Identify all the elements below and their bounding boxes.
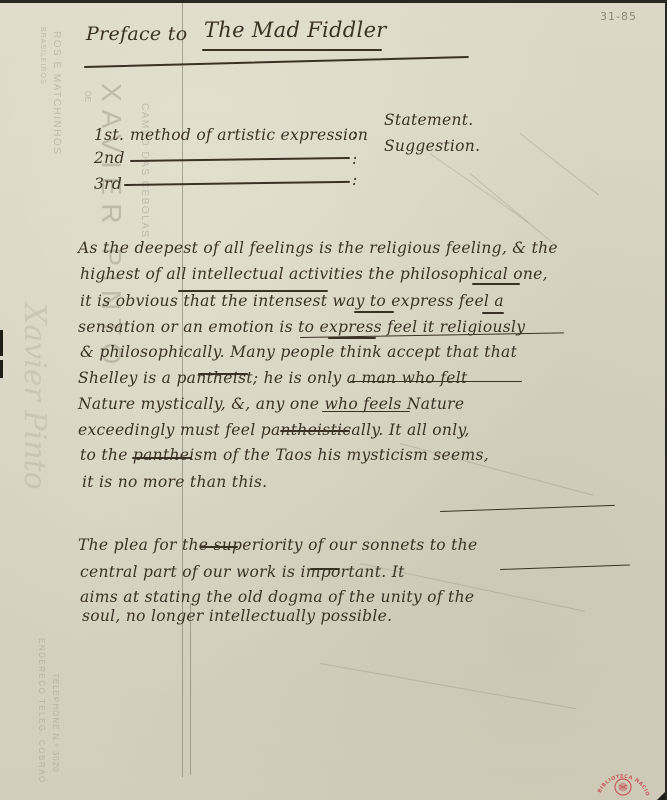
paragraph-1-line: it is obvious that the intensest way to … — [80, 292, 504, 310]
show-through-mark — [430, 153, 529, 223]
paragraph-1-line: highest of all intellectual activities t… — [80, 265, 548, 283]
paragraph-1-line: As the deepest of all feelings is the re… — [78, 239, 558, 257]
letterhead-text: BRASILEIROS — [39, 27, 46, 85]
title-work: The Mad Fiddler — [204, 18, 387, 42]
scan-corner-shadow — [657, 792, 665, 800]
library-stamp: BIBLIOTECA NACIONAL — [594, 755, 652, 799]
strikethrough-mark — [132, 457, 192, 459]
method-colon: : — [352, 150, 358, 168]
method-ordinal: 3rd — [94, 175, 122, 193]
strikethrough-mark — [500, 564, 630, 570]
strikethrough-mark — [440, 505, 615, 512]
margin-rule-line — [182, 3, 183, 777]
strikethrough-mark — [482, 312, 504, 314]
manuscript-page: 31-85 ROS E MATCHINHOS BRASILEIROS DE XA… — [0, 3, 665, 800]
show-through-mark — [320, 663, 576, 709]
show-through-mark — [520, 133, 599, 195]
paragraph-1-line: to the pantheism of the Taos his mystici… — [80, 446, 489, 464]
archive-number: 31-85 — [600, 10, 637, 23]
paragraph-1-line: & philosophically. Many people think acc… — [80, 343, 517, 361]
method-colon: : — [352, 125, 358, 143]
strikethrough-mark — [354, 311, 394, 313]
title-underline — [202, 49, 382, 51]
strikethrough-mark — [322, 411, 410, 412]
strikethrough-mark — [280, 430, 350, 432]
method-value: Statement. — [384, 111, 474, 129]
scan-edge-mark — [0, 360, 3, 378]
strikethrough-mark — [472, 283, 520, 285]
method-label: method of artistic expression — [130, 126, 368, 144]
method-colon: : — [352, 171, 358, 189]
title-rule — [84, 56, 469, 68]
method-value: Suggestion. — [384, 137, 480, 155]
letterhead-text: ROS E MATCHINHOS — [51, 31, 62, 155]
method-blank-line — [124, 181, 350, 186]
strikethrough-mark — [310, 568, 340, 570]
letterhead-telegraph: ENDERECO TELEG. COBRAO — [37, 638, 46, 784]
margin-rule-line — [190, 603, 191, 775]
letterhead-script-mark: Xavier Pinto — [17, 303, 52, 490]
paragraph-2-line: aims at stating the old dogma of the uni… — [80, 588, 474, 606]
paragraph-1-line: exceedingly must feel pantheistically. I… — [78, 421, 470, 439]
paragraph-2-line: soul, no longer intellectually possible. — [82, 607, 392, 625]
method-blank-line — [130, 157, 350, 162]
strikethrough-mark — [198, 373, 248, 375]
strikethrough-mark — [178, 290, 328, 292]
paragraph-1-line: Shelley is a pantheist; he is only a man… — [78, 369, 468, 387]
strikethrough-mark — [200, 546, 238, 548]
method-ordinal: 1st. — [94, 126, 124, 144]
scan-edge-mark — [0, 330, 3, 356]
title-prefix: Preface to — [86, 23, 187, 45]
method-ordinal: 2nd — [94, 149, 125, 167]
paragraph-1-line: it is no more than this. — [82, 473, 267, 491]
paragraph-2-line: The plea for the superiority of our sonn… — [78, 536, 477, 554]
strikethrough-mark — [350, 381, 522, 382]
show-through-mark — [470, 173, 555, 244]
letterhead-telephone: TELEPHONE N.º 3020 — [51, 673, 60, 773]
paragraph-2-line: central part of our work is important. I… — [80, 563, 405, 581]
letterhead-text: DE — [83, 91, 92, 102]
